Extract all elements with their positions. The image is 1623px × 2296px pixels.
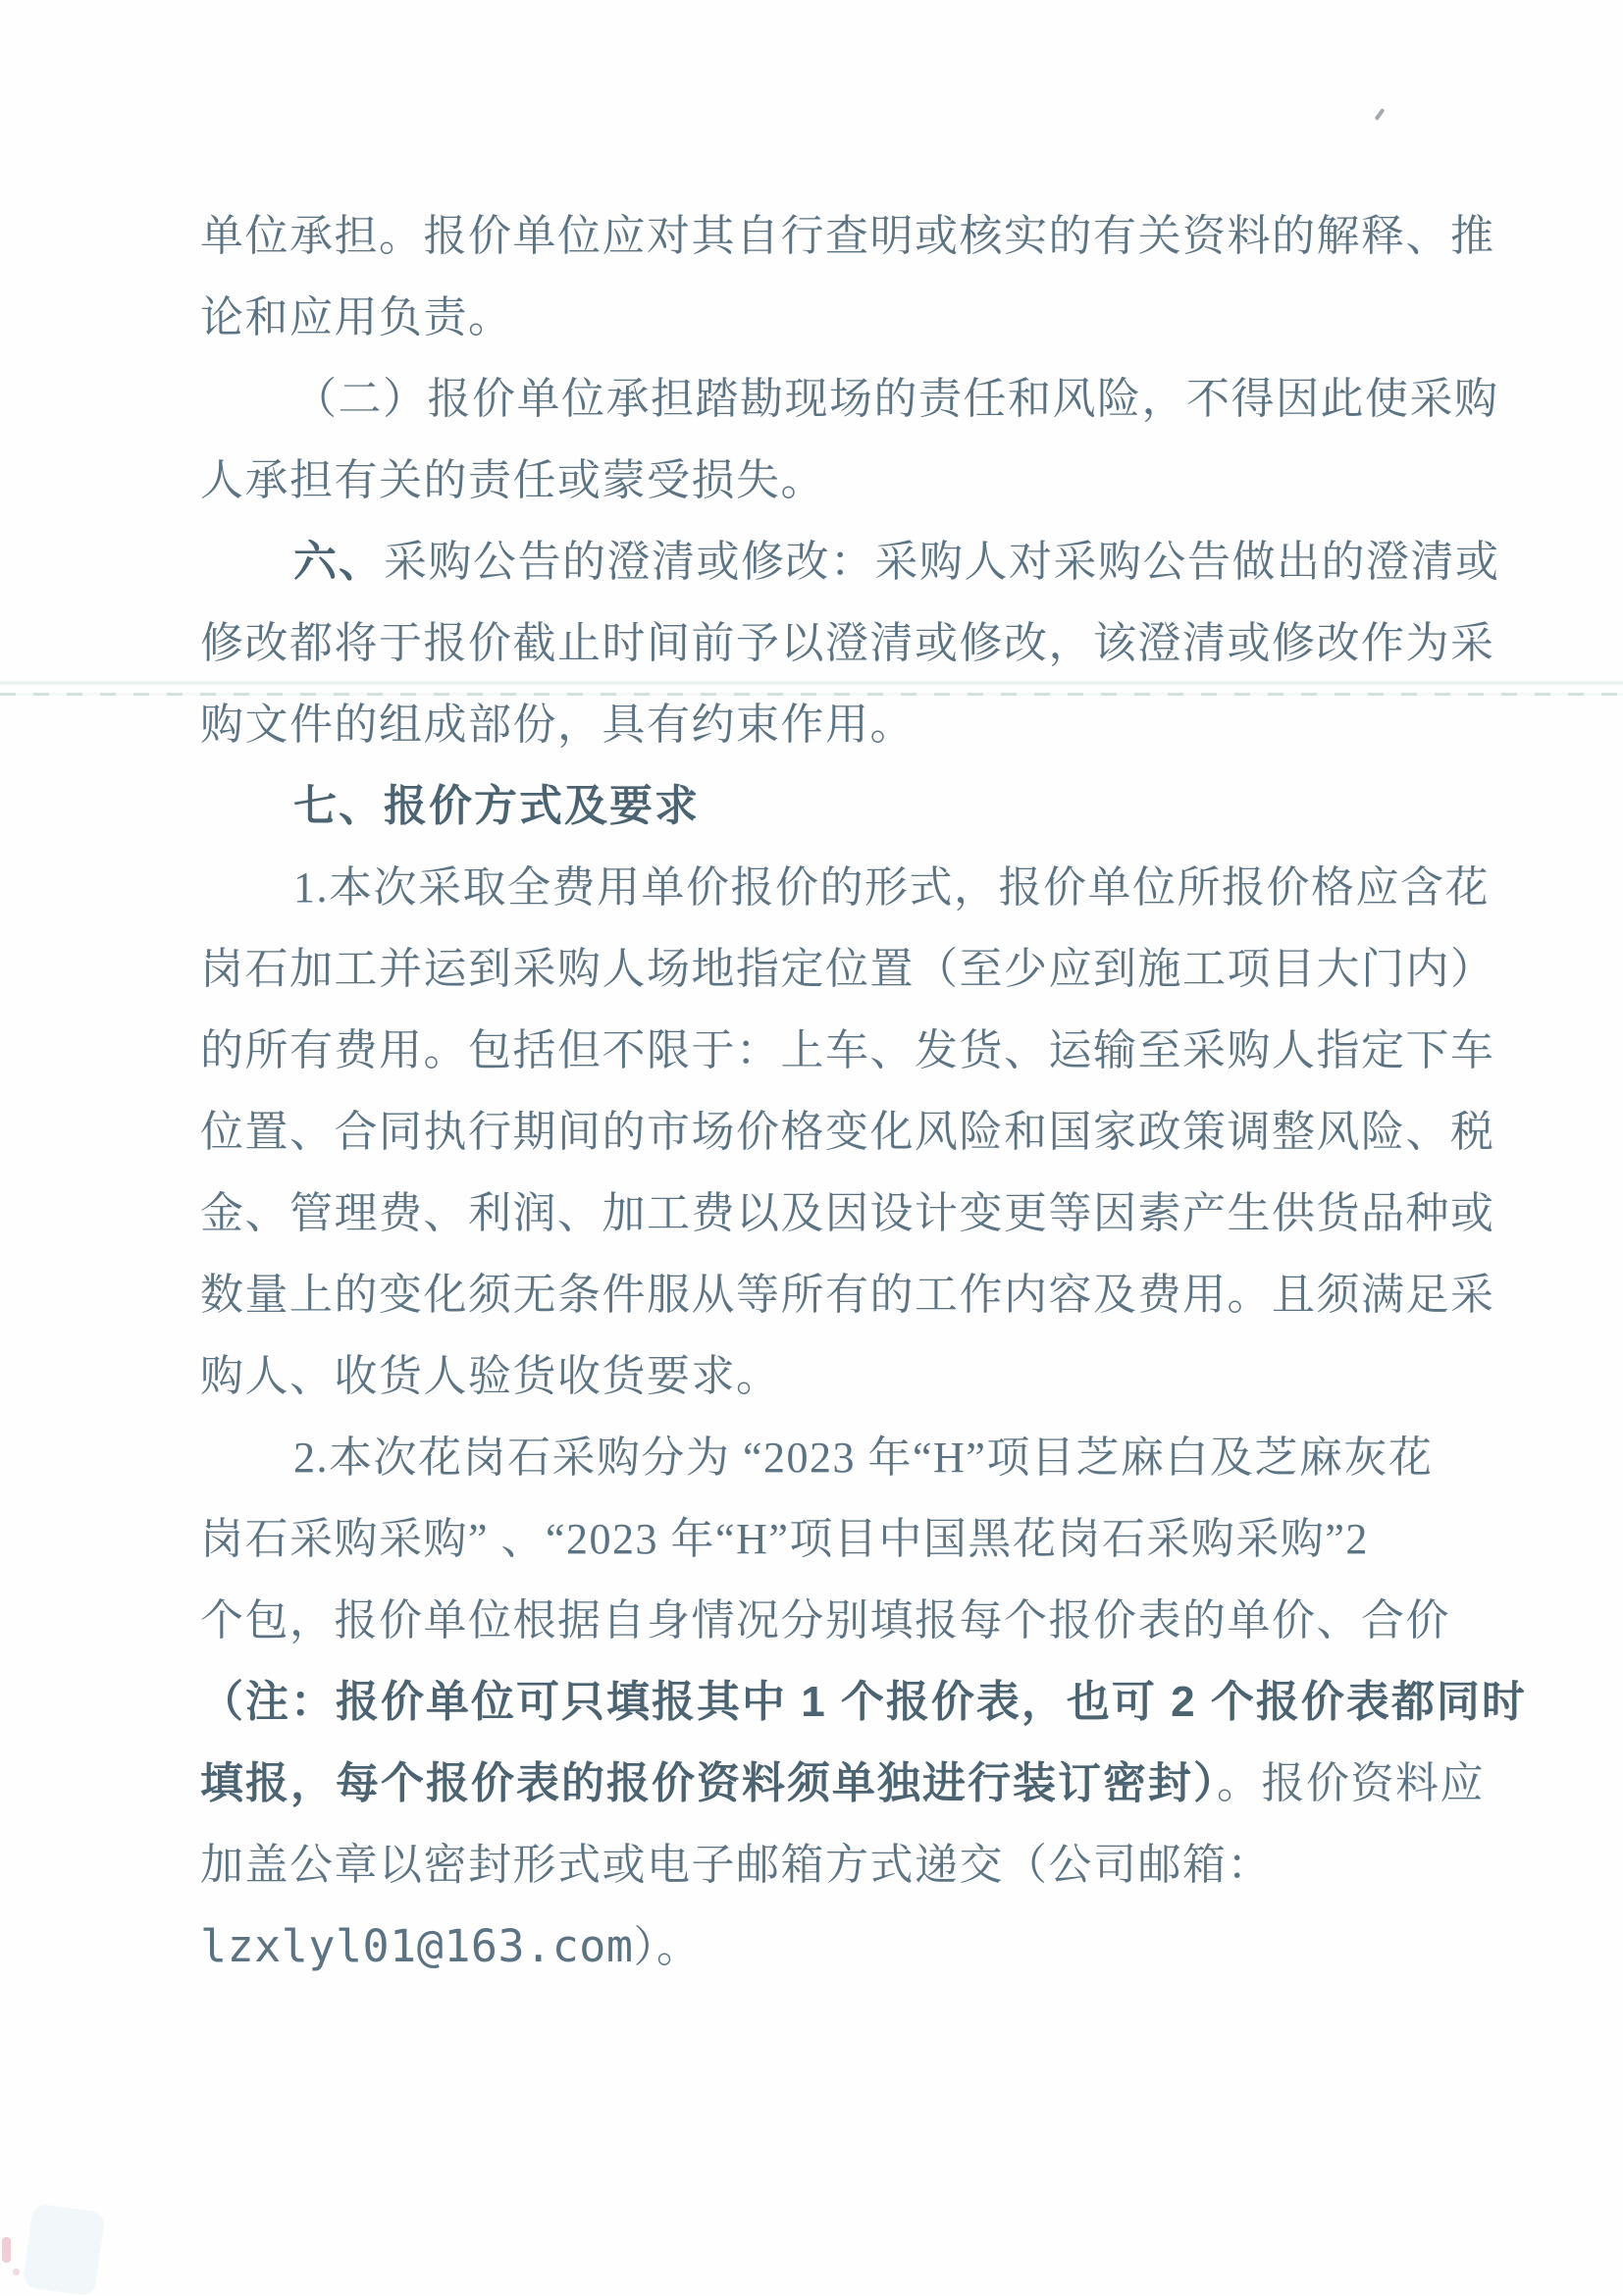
text-run: （二）报价单位承担踏勘现场的责任和风险，不得因此使采购: [293, 375, 1499, 423]
text-line: 购文件的组成部份，具有约束作用。: [200, 684, 1446, 765]
text-run: 金、管理费、利润、加工费以及因设计变更等因素产生供货品种或: [200, 1189, 1495, 1237]
text-run: 1.本次采取全费用单价报价的形式，报价单位所报价格应含花: [293, 863, 1490, 912]
text-run: 数量上的变化须无条件服从等所有的工作内容及费用。且须满足采: [200, 1271, 1495, 1319]
text-run: 论和应用负责。: [200, 293, 513, 341]
bold-text-run: （注：报价单位可只填报其中 1 个报价表，也可 2 个报价表都同时: [200, 1678, 1527, 1726]
text-line: 2.本次花岗石采购分为 “2023 年“H”项目芝麻白及芝麻灰花: [200, 1417, 1446, 1498]
text-line: 位置、合同执行期间的市场价格变化风险和国家政策调整风险、税: [200, 1091, 1446, 1173]
text-run: 加盖公章以密封形式或电子邮箱方式递交（公司邮箱：: [200, 1841, 1272, 1889]
text-line: （二）报价单位承担踏勘现场的责任和风险，不得因此使采购: [200, 358, 1446, 440]
text-run: 购人、收货人验货收货要求。: [200, 1352, 781, 1400]
scan-ink-speck: [2, 2237, 11, 2263]
text-line: 1.本次采取全费用单价报价的形式，报价单位所报价格应含花: [200, 847, 1446, 928]
document-page: 单位承担。报价单位应对其自行查明或核实的有关资料的解释、推论和应用负责。（二）报…: [0, 0, 1623, 2296]
bold-text-run: 填报，每个报价表的报价资料须单独进行装订密封）: [200, 1759, 1217, 1807]
text-run: 购文件的组成部份，具有约束作用。: [200, 701, 915, 749]
text-line: 加盖公章以密封形式或电子邮箱方式递交（公司邮箱：: [200, 1824, 1446, 1905]
text-line: 金、管理费、利润、加工费以及因设计变更等因素产生供货品种或: [200, 1173, 1446, 1254]
text-line: 岗石加工并运到采购人场地指定位置（至少应到施工项目大门内）: [200, 928, 1446, 1010]
text-run: 位置、合同执行期间的市场价格变化风险和国家政策调整风险、税: [200, 1108, 1495, 1156]
scan-tick-artifact: [1375, 108, 1386, 121]
text-run: 个包，报价单位根据自身情况分别填报每个报价表的单价、合价: [200, 1596, 1450, 1644]
text-run: 的所有费用。包括但不限于：上车、发货、运输至采购人指定下车: [200, 1026, 1495, 1074]
text-run: 人承担有关的责任或蒙受损失。: [200, 456, 825, 504]
text-line: 单位承担。报价单位应对其自行查明或核实的有关资料的解释、推: [200, 195, 1446, 277]
text-run: 岗石采购采购” 、“2023 年“H”项目中国黑花岗石采购采购”2: [200, 1515, 1369, 1563]
text-line: 岗石采购采购” 、“2023 年“H”项目中国黑花岗石采购采购”2: [200, 1498, 1446, 1580]
scan-ink-speck: [13, 2269, 20, 2275]
text-run: 修改都将于报价截止时间前予以澄清或修改，该澄清或修改作为采: [200, 619, 1495, 667]
text-run: 岗石加工并运到采购人场地指定位置（至少应到施工项目大门内）: [200, 945, 1495, 993]
text-run: 采购公告的澄清或修改：采购人对采购公告做出的澄清或: [384, 538, 1500, 586]
bold-text-run: 六、: [293, 538, 384, 586]
text-line: （注：报价单位可只填报其中 1 个报价表，也可 2 个报价表都同时: [200, 1661, 1446, 1743]
text-line: 填报，每个报价表的报价资料须单独进行装订密封）。报价资料应: [200, 1743, 1446, 1824]
text-line: 个包，报价单位根据自身情况分别填报每个报价表的单价、合价: [200, 1580, 1446, 1661]
text-run: ）。: [633, 1923, 701, 1971]
text-run: 单位承担。报价单位应对其自行查明或核实的有关资料的解释、推: [200, 212, 1495, 260]
text-line: lzxlyl01@163.com）。: [200, 1905, 1446, 1987]
text-run: 2.本次花岗石采购分为 “2023 年“H”项目芝麻白及芝麻灰花: [293, 1434, 1433, 1482]
text-run: 。报价资料应: [1217, 1759, 1485, 1807]
text-line: 论和应用负责。: [200, 277, 1446, 358]
text-line: 修改都将于报价截止时间前予以澄清或修改，该澄清或修改作为采: [200, 602, 1446, 684]
text-line: 七、报价方式及要求: [200, 765, 1446, 847]
text-line: 人承担有关的责任或蒙受损失。: [200, 440, 1446, 521]
document-body: 单位承担。报价单位应对其自行查明或核实的有关资料的解释、推论和应用负责。（二）报…: [200, 195, 1446, 1987]
text-line: 六、采购公告的澄清或修改：采购人对采购公告做出的澄清或: [200, 521, 1446, 602]
email-text: lzxlyl01@163.com: [200, 1920, 633, 1972]
bold-text-run: 七、报价方式及要求: [293, 782, 700, 830]
text-line: 的所有费用。包括但不限于：上车、发货、运输至采购人指定下车: [200, 1010, 1446, 1091]
text-line: 购人、收货人验货收货要求。: [200, 1335, 1446, 1417]
scan-bleed-patch: [22, 2203, 105, 2296]
text-line: 数量上的变化须无条件服从等所有的工作内容及费用。且须满足采: [200, 1254, 1446, 1335]
